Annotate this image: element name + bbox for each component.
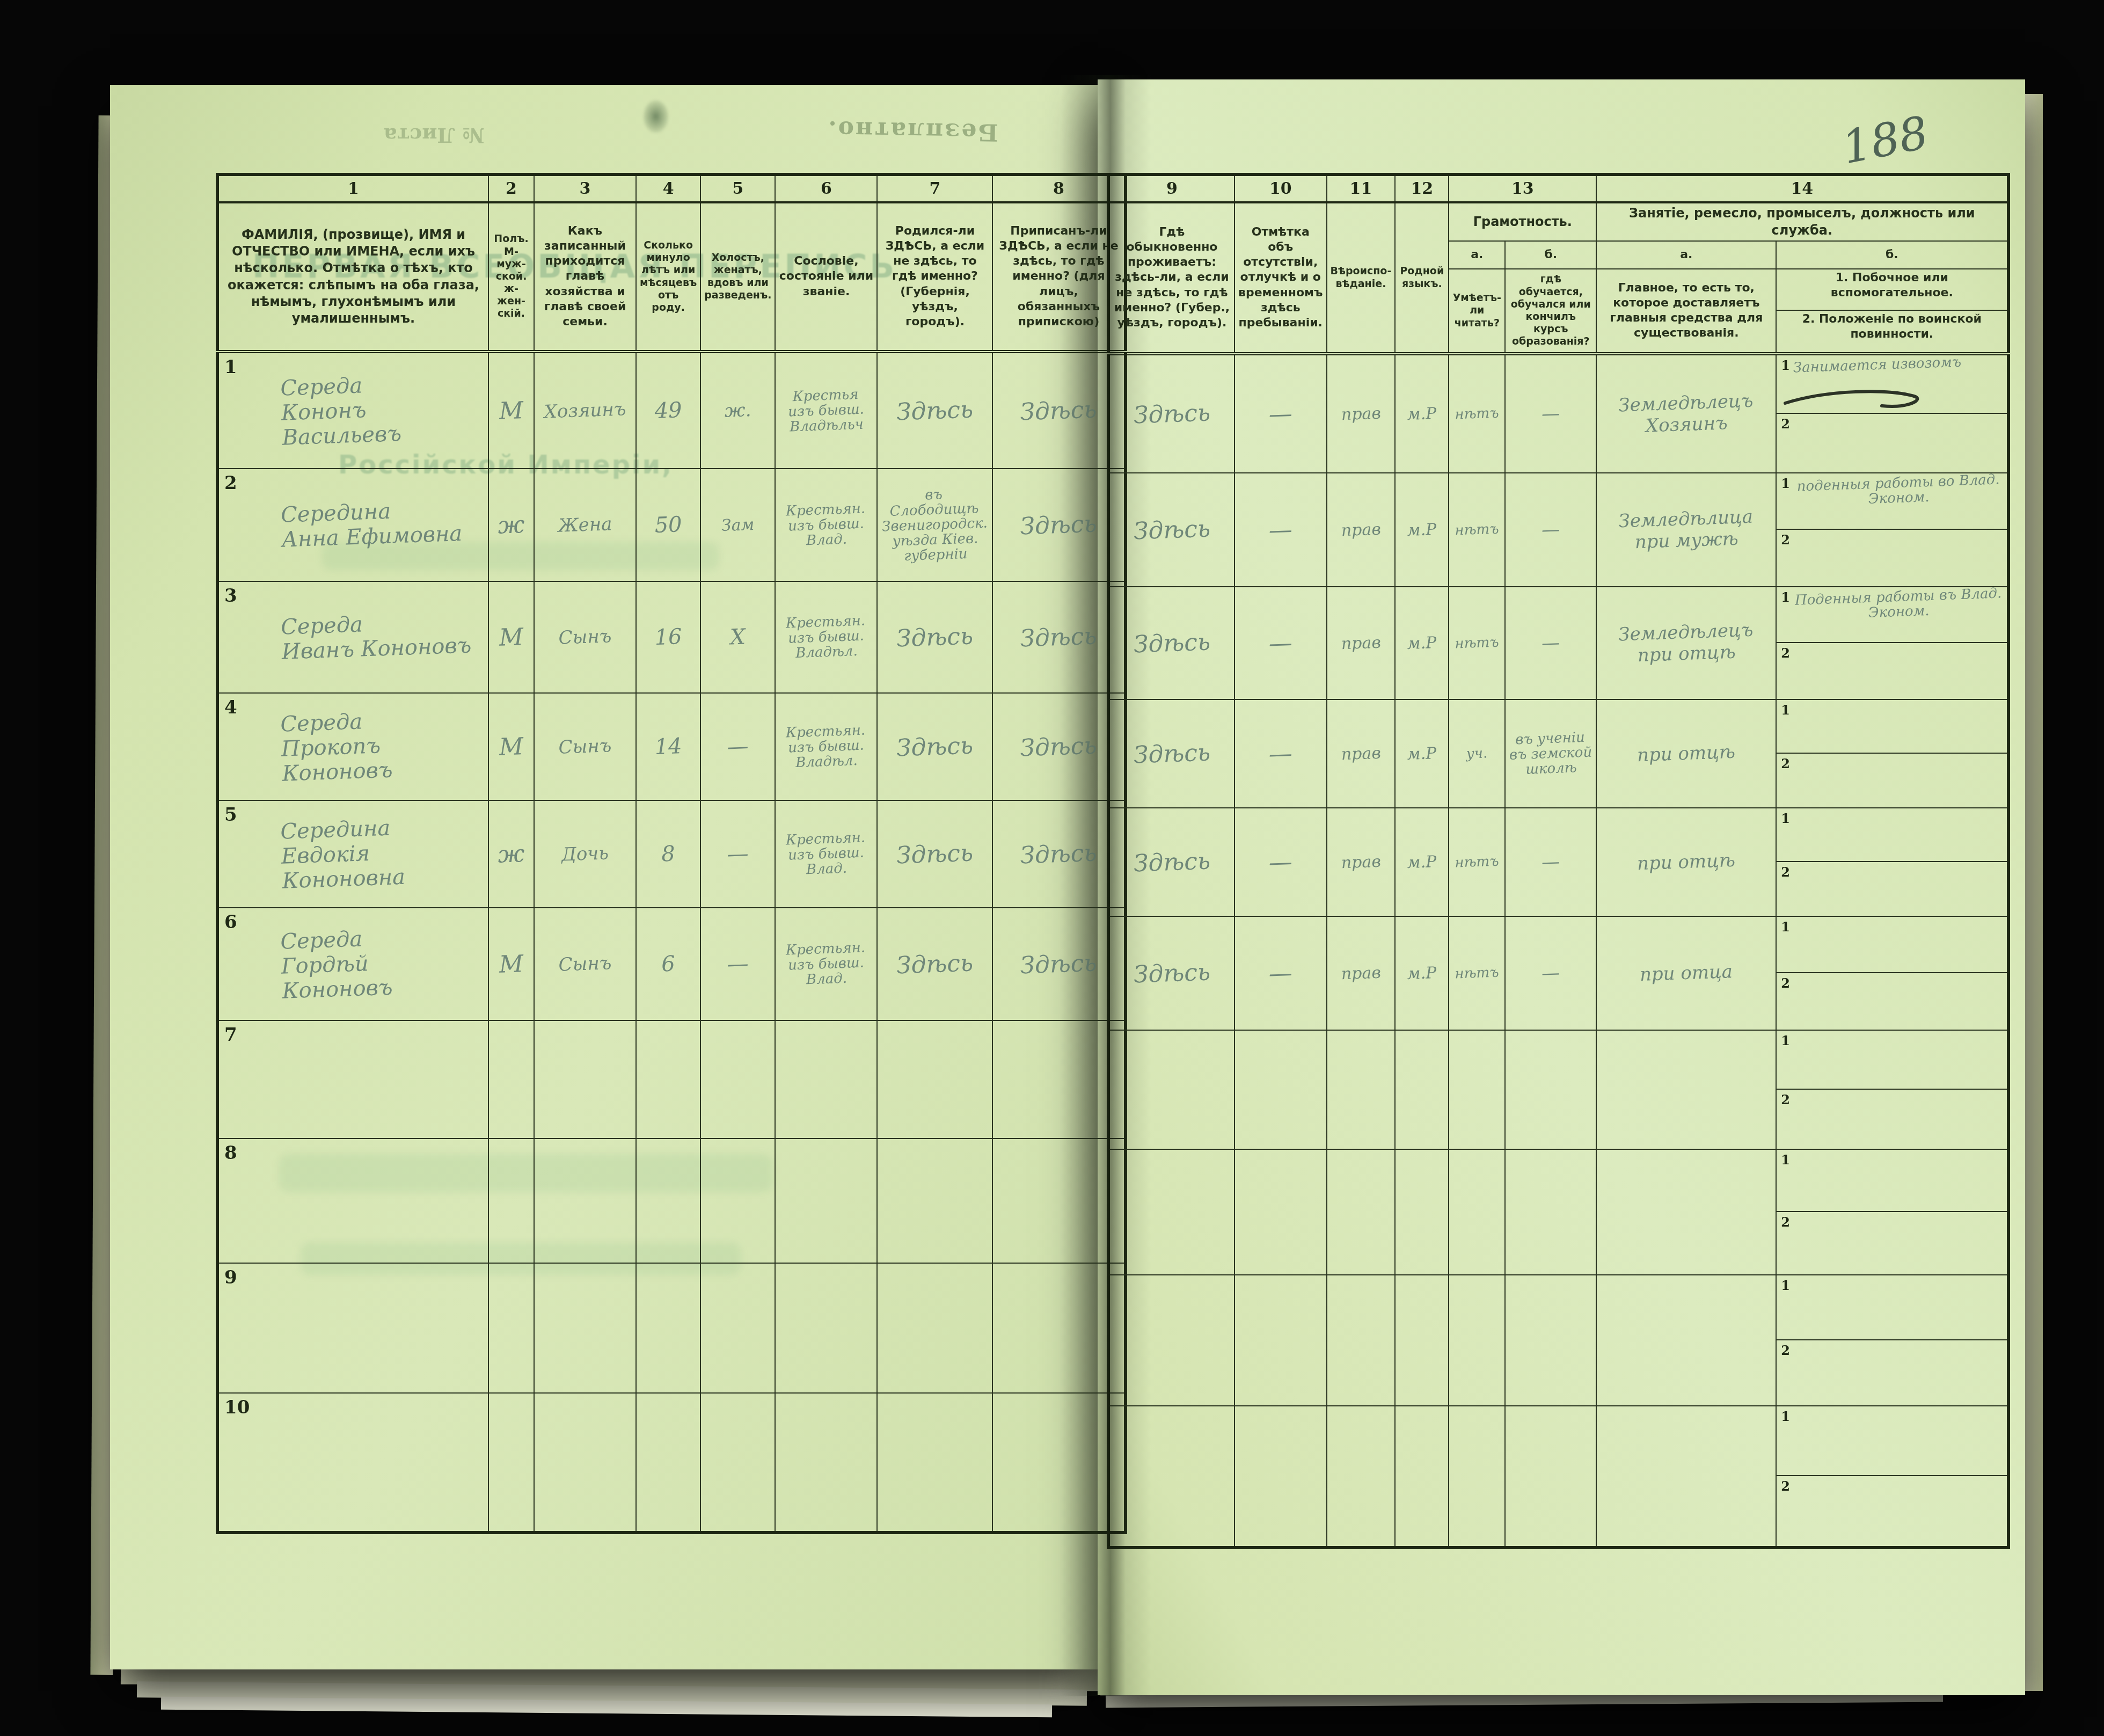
header-birthplace: Родился-ли ЗДѢСЬ, а если не здѣсь, то гд… — [877, 202, 992, 352]
cell-occupation-side: 1 2 — [1776, 1030, 2008, 1149]
cell-age: 16 — [634, 580, 702, 694]
sub-label-2: 2 — [1781, 416, 1790, 432]
cell-name: 5 СерединаЕвдокія Кононовна — [217, 800, 488, 908]
col-number: 13 — [1449, 174, 1596, 202]
row-number: 7 — [224, 1024, 237, 1046]
cell-residence: Здѣсь — [1107, 806, 1237, 918]
cell-born: Здѣсь — [875, 579, 995, 695]
cell-born: Здѣсь — [875, 906, 995, 1022]
cell-empty — [1234, 1406, 1327, 1548]
cell-empty — [877, 1139, 992, 1263]
cell-empty — [534, 1020, 636, 1139]
cell-reads: нѣтъ — [1447, 807, 1507, 917]
cell-occupation-side: 1 Поденныя работы въ Влад. Эконом. 2 — [1776, 587, 2008, 699]
cell-absence: — — [1232, 471, 1328, 588]
cell-residence: Здѣсь — [1106, 914, 1236, 1032]
cell-estate: Крестья изъ бывш. Владѣльч — [773, 350, 879, 470]
cell-occupation-side: 1 2 — [1776, 1406, 2008, 1548]
cell-age: 49 — [634, 351, 703, 470]
row-number: 6 — [224, 911, 237, 933]
cell-empty — [488, 1020, 534, 1139]
cell-empty — [1449, 1406, 1505, 1548]
cell-empty — [1108, 1406, 1234, 1548]
cell-absence: — — [1233, 698, 1328, 809]
row-number: 10 — [224, 1397, 250, 1418]
cell-absence: — — [1232, 915, 1328, 1032]
cell-residence: Здѣсь — [1106, 352, 1237, 475]
col-number: 8 — [992, 174, 1126, 202]
cell-language: м.Р — [1393, 915, 1451, 1031]
cell-residence: Здѣсь — [1106, 471, 1236, 589]
cell-occupation-main: Земледѣлецъ Хозяинъ — [1595, 351, 1779, 476]
cell-relation: Дочь — [532, 799, 638, 910]
header-estate: Сословіе, состояніе или званіе. — [775, 202, 877, 352]
col-number: 7 — [877, 174, 992, 202]
cell-education: — — [1503, 471, 1598, 588]
cell-name: 2 СерединаАнна Ефимовна — [217, 469, 488, 581]
cell-occupation-main: при отца — [1595, 913, 1778, 1033]
row-number: 2 — [224, 472, 237, 494]
sub-label-1: 1 — [1781, 358, 1790, 373]
cell-empty — [877, 1263, 992, 1393]
cell-name: 10 — [217, 1393, 488, 1533]
cell-empty — [992, 1139, 1126, 1263]
cell-empty — [877, 1020, 992, 1139]
cell-occupation-side: 1 2 — [1776, 699, 2008, 808]
cell-empty — [1108, 1030, 1234, 1149]
header-occupation-b-label: б. — [1776, 241, 2008, 269]
cell-empty — [1234, 1149, 1327, 1275]
col-number: 10 — [1234, 174, 1327, 202]
header-occupation-a-label: а. — [1596, 241, 1776, 269]
cell-name: 3 СередаИванъ Кононовъ — [217, 581, 488, 693]
header-registration: Приписанъ-ли ЗДѢСЬ, а если не здѣсь, то … — [992, 202, 1126, 352]
cell-relation: Жена — [532, 467, 638, 583]
header-residence: Гдѣ обыкновенно проживаетъ: здѣсь-ли, а … — [1108, 202, 1234, 354]
cell-empty — [636, 1020, 700, 1139]
cell-empty — [1596, 1030, 1776, 1149]
header-age: Сколько минуло лѣтъ или мѣсяцевъ отъ род… — [636, 202, 700, 352]
header-occupation-main: Главное, то есть то, которое доставляетъ… — [1596, 269, 1776, 354]
cell-occupation-side: 1 Занимается извозомъ 2 — [1776, 354, 2008, 473]
cell-faith: прав — [1325, 586, 1397, 701]
cell-empty — [636, 1393, 700, 1533]
cell-born: въ Слободищѣ Звенигородск. уѣзда Кіев. г… — [875, 466, 995, 583]
cell-name: 9 — [217, 1263, 488, 1393]
cell-faith: прав — [1325, 353, 1397, 474]
cell-empty — [1327, 1030, 1396, 1149]
cell-empty — [1505, 1275, 1596, 1406]
cell-empty — [700, 1393, 775, 1533]
cell-age: 6 — [634, 907, 702, 1022]
cell-empty — [700, 1139, 775, 1263]
cell-empty — [1327, 1149, 1396, 1275]
cell-relation: Сынъ — [532, 691, 638, 803]
row-number: 3 — [224, 585, 237, 607]
header-education: гдѣ обучается, обучался или кончилъ курс… — [1505, 269, 1596, 354]
cell-born: Здѣсь — [875, 691, 995, 802]
cell-reads: уч. — [1447, 698, 1507, 809]
cell-empty — [775, 1139, 877, 1263]
cell-education: — — [1503, 585, 1598, 701]
cell-name: 7 — [217, 1020, 488, 1139]
cell-education: въ ученіи въ земской школѣ — [1503, 698, 1598, 809]
cell-education: — — [1503, 806, 1598, 918]
col-number: 6 — [775, 174, 877, 202]
cell-language: м.Р — [1393, 698, 1451, 808]
row-number: 1 — [224, 356, 237, 378]
cell-occupation-side: 1 2 — [1776, 1149, 2008, 1275]
cell-empty — [1327, 1275, 1396, 1406]
cell-empty — [488, 1139, 534, 1263]
cell-estate: Крестьян. изъ бывш. Влад. — [773, 467, 879, 583]
cell-empty — [775, 1393, 877, 1533]
col-number: 4 — [636, 174, 700, 202]
cell-empty — [1234, 1275, 1327, 1406]
cell-empty — [877, 1393, 992, 1533]
col-number: 14 — [1596, 174, 2008, 202]
cell-empty — [1108, 1149, 1234, 1275]
cell-name: 6 СередаГордѣй Кононовъ — [217, 908, 488, 1020]
col-number: 2 — [488, 174, 534, 202]
cell-absence: — — [1232, 352, 1328, 475]
cell-empty — [1108, 1275, 1234, 1406]
header-occupation-mil: 2. Положеніе по воинской повинности. — [1780, 312, 2004, 342]
cell-empty — [1395, 1149, 1449, 1275]
cell-empty — [636, 1139, 700, 1263]
cell-residence: Здѣсь — [1107, 697, 1237, 810]
cell-language: м.Р — [1393, 807, 1451, 917]
header-occupation-side-1: 1. Побочное или вспомогательное. — [1780, 271, 2004, 301]
row-number: 9 — [224, 1267, 237, 1288]
cell-reads: нѣтъ — [1447, 472, 1507, 588]
header-marital: Холостъ, женатъ, вдовъ или разведенъ. — [700, 202, 775, 352]
header-literacy-title: Грамотность. — [1449, 202, 1596, 241]
cell-occupation-side: 1 2 — [1776, 916, 2008, 1030]
cell-marital: Зам — [699, 468, 777, 583]
cell-empty — [992, 1020, 1126, 1139]
cell-marital: ж. — [698, 351, 777, 470]
cell-empty — [1596, 1406, 1776, 1548]
cell-born: Здѣсь — [875, 349, 995, 470]
cell-education: — — [1503, 915, 1598, 1032]
cell-empty — [700, 1263, 775, 1393]
cell-empty — [992, 1263, 1126, 1393]
cell-estate: Крестьян. изъ бывш. Владѣл. — [773, 580, 879, 695]
header-reads: Умѣетъ-ли читать? — [1449, 269, 1505, 354]
cell-empty — [534, 1139, 636, 1263]
cell-marital: — — [699, 692, 777, 802]
cell-residence: Здѣсь — [1106, 585, 1236, 702]
cell-absence: — — [1232, 585, 1328, 701]
cell-name: 8 — [217, 1139, 488, 1263]
cell-occupation-side: 1 2 — [1776, 808, 2008, 916]
cell-sex: М — [486, 351, 536, 470]
cell-empty — [534, 1263, 636, 1393]
cell-born: Здѣсь — [875, 798, 995, 909]
cell-empty — [1234, 1030, 1327, 1149]
cell-faith: прав — [1325, 807, 1397, 917]
pen-flourish — [1780, 379, 1941, 411]
cell-reads: нѣтъ — [1447, 586, 1507, 701]
cell-empty — [488, 1263, 534, 1393]
census-book-photo: Безплатно. № Листа ПЕРВАЯ ВСЕОБЩАЯ ПЕРЕП… — [0, 0, 2104, 1736]
cell-occupation-side: 1 2 — [1776, 1275, 2008, 1406]
cell-sex: М — [487, 692, 536, 801]
cell-empty — [1505, 1030, 1596, 1149]
cell-empty — [1505, 1149, 1596, 1275]
cell-estate: Крестьян. изъ бывш. Влад. — [773, 906, 879, 1023]
header-relation: Какъ записанный приходится главѣ хозяйст… — [534, 202, 636, 352]
cell-empty — [1395, 1030, 1449, 1149]
cell-faith: прав — [1325, 915, 1397, 1031]
header-literacy-a-label: а. — [1449, 241, 1505, 269]
col-number: 3 — [534, 174, 636, 202]
cell-empty — [775, 1263, 877, 1393]
cell-language: м.Р — [1393, 353, 1451, 473]
cell-relation: Хозяинъ — [532, 350, 638, 470]
cell-estate: Крестьян. изъ бывш. Владѣл. — [773, 691, 879, 803]
cell-name: 4 СередаПрокопъ Кононовъ — [217, 693, 488, 800]
col-number: 5 — [700, 174, 775, 202]
cell-empty — [1395, 1406, 1449, 1548]
cell-language: м.Р — [1393, 472, 1451, 587]
cell-empty — [1327, 1406, 1396, 1548]
cell-empty — [1449, 1149, 1505, 1275]
col-number: 9 — [1108, 174, 1234, 202]
header-faith: Вѣроиспо-вѣданіе. — [1327, 202, 1396, 354]
cell-empty — [1596, 1275, 1776, 1406]
col-number: 1 — [217, 174, 488, 202]
cell-empty — [775, 1020, 877, 1139]
cell-age: 50 — [634, 468, 702, 582]
header-absence: Отмѣтка объ отсутствіи, отлучкѣ и о врем… — [1234, 202, 1327, 354]
header-occupation-side: 1. Побочное или вспомогательное. 2. Поло… — [1776, 269, 2008, 354]
cell-empty — [534, 1393, 636, 1533]
cell-empty — [700, 1020, 775, 1139]
col-number: 12 — [1395, 174, 1449, 202]
cell-marital: — — [699, 907, 777, 1022]
imperial-crest-ghost — [643, 100, 669, 133]
header-name: ФАМИЛІЯ, (прозвище), ИМЯ и ОТЧЕСТВО или … — [217, 202, 488, 352]
cell-relation: Сынъ — [532, 906, 638, 1023]
cell-absence: — — [1233, 806, 1328, 918]
census-table-right: 9 10 11 12 13 14 Гдѣ обыкновенно прожива… — [1107, 173, 2010, 1549]
cell-sex: ж — [486, 468, 536, 582]
col-number: 11 — [1327, 174, 1396, 202]
cell-occupation-main: при отцѣ — [1595, 696, 1778, 811]
cell-reads: нѣтъ — [1447, 915, 1507, 1031]
cell-empty — [1449, 1030, 1505, 1149]
cell-empty — [1395, 1275, 1449, 1406]
cell-empty — [1449, 1275, 1505, 1406]
cell-occupation-main: Земледѣлица при мужѣ — [1595, 470, 1778, 590]
cell-empty — [1596, 1149, 1776, 1275]
header-occupation-title: Занятіе, ремесло, промыселъ, должность и… — [1596, 202, 2008, 241]
cell-occupation-side-text: поденныя работы во Влад. Эконом. — [1793, 473, 2004, 509]
cell-relation: Сынъ — [532, 580, 638, 695]
cell-reads: нѣтъ — [1446, 353, 1507, 474]
cell-occupation-side: 1 поденныя работы во Влад. Эконом. 2 — [1776, 473, 2008, 587]
cell-age: 8 — [634, 799, 703, 909]
cell-name: 1 СередаКононъ Васильевъ — [217, 352, 488, 469]
cell-occupation-side-text: Занимается извозомъ — [1793, 355, 1962, 376]
cell-faith: прав — [1325, 698, 1397, 809]
cell-occupation-main: Земледѣлецъ при отцѣ — [1595, 583, 1778, 703]
cell-empty — [488, 1393, 534, 1533]
cell-empty — [636, 1263, 700, 1393]
cell-faith: прав — [1325, 472, 1397, 588]
cell-sex: ж — [487, 800, 536, 909]
cell-marital: — — [699, 799, 777, 909]
cell-occupation-side-text: Поденныя работы въ Влад. Эконом. — [1793, 587, 2004, 623]
census-table-left: 1 2 3 4 5 6 7 8 ФАМИЛІЯ, (прозвище), ИМЯ… — [216, 173, 1127, 1534]
header-literacy-b-label: б. — [1505, 241, 1596, 269]
cell-empty — [992, 1393, 1126, 1533]
header-sex: Полъ. М-муж-ской. ж-жен-скій. — [488, 202, 534, 352]
cell-sex: М — [486, 581, 536, 694]
cell-empty — [1505, 1406, 1596, 1548]
header-language: Родной языкъ. — [1395, 202, 1449, 354]
cell-sex: М — [486, 907, 536, 1022]
cell-education: — — [1503, 352, 1598, 475]
cell-marital: Х — [699, 580, 777, 695]
cell-age: 14 — [634, 692, 703, 801]
cell-language: м.Р — [1393, 586, 1451, 700]
cell-estate: Крестьян. изъ бывш. Влад. — [773, 799, 879, 910]
row-number: 8 — [224, 1142, 237, 1164]
cell-occupation-main: при отцѣ — [1595, 805, 1778, 920]
